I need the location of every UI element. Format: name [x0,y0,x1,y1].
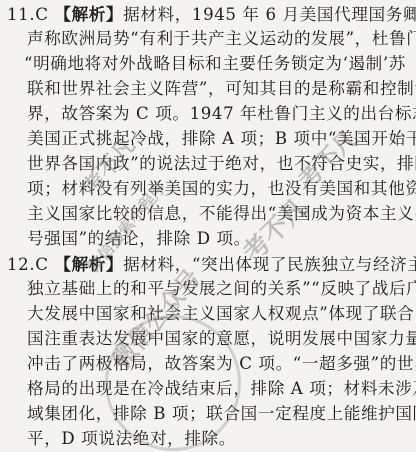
q11-line-3: 联和世界社会主义阵营”，可知其目的是称霸和控制世 [27,78,416,100]
q11-number: 11.C [7,5,49,24]
q12-line-6: 域集团化，排除 B 项；联合国一定程度上能维护国际和 [27,403,416,425]
q12-line-0: 据材料，“突出体现了民族独立与经济主权 [123,255,416,274]
q11-line-7: 项；材料没有列举美国的实力，也没有美国和其他资本 [27,178,416,200]
q11-line-0: 据材料，1945 年 6 月美国代理国务卿格鲁 [123,5,416,24]
q12-line-5: 格局的出现是在冷战结束后，排除 A 项；材料未涉及区 [27,378,416,400]
q11-line-4: 界，故答案为 C 项。1947 年杜鲁门主义的出台标志着 [27,103,416,125]
q11-line-2: “明确地将对外战略目标和主要任务锁定为‘遏制’苏 [24,53,406,75]
q12-analysis-tag: 【解析】 [54,254,123,274]
q11-first-line: 11.C 【解析】据材料，1945 年 6 月美国代理国务卿格鲁 [7,3,416,26]
q12-line-4: 冲击了两极格局，故答案为 C 项。“一超多强”的世界 [27,353,416,375]
q12-first-line: 12.C 【解析】据材料，“突出体现了民族独立与经济主权 [7,253,416,276]
q11-line-5: 美国正式挑起冷战，排除 A 项；B 项中“美国开始干涉 [27,128,416,150]
answer-explanation-page: 11.C 【解析】据材料，1945 年 6 月美国代理国务卿格鲁 声称欧洲局势“… [0,0,416,452]
q12-line-1: 独立基础上的和平与发展之间的关系”“反映了战后广 [27,278,416,300]
q11-line-1: 声称欧洲局势“有利于共产主义运动的发展”，杜鲁门 [27,28,416,50]
q12-line-2: 大发展中国家和社会主义国家人权观点”体现了联合 [27,303,414,325]
q12-number: 12.C [7,255,49,274]
q12-line-3: 国注重表达发展中国家的意愿，说明发展中国家力量 [27,328,416,350]
q11-line-9: 号强国”的结论，排除 D 项。 [27,228,251,250]
q11-line-6: 世界各国内政”的说法过于绝对，也不符合史实，排除 B [27,153,416,175]
q12-line-7: 平，D 项说法绝对，排除。 [27,428,236,450]
q11-line-8: 主义国家比较的信息，不能得出“美国成为资本主义头 [27,203,416,225]
q11-analysis-tag: 【解析】 [54,4,123,24]
